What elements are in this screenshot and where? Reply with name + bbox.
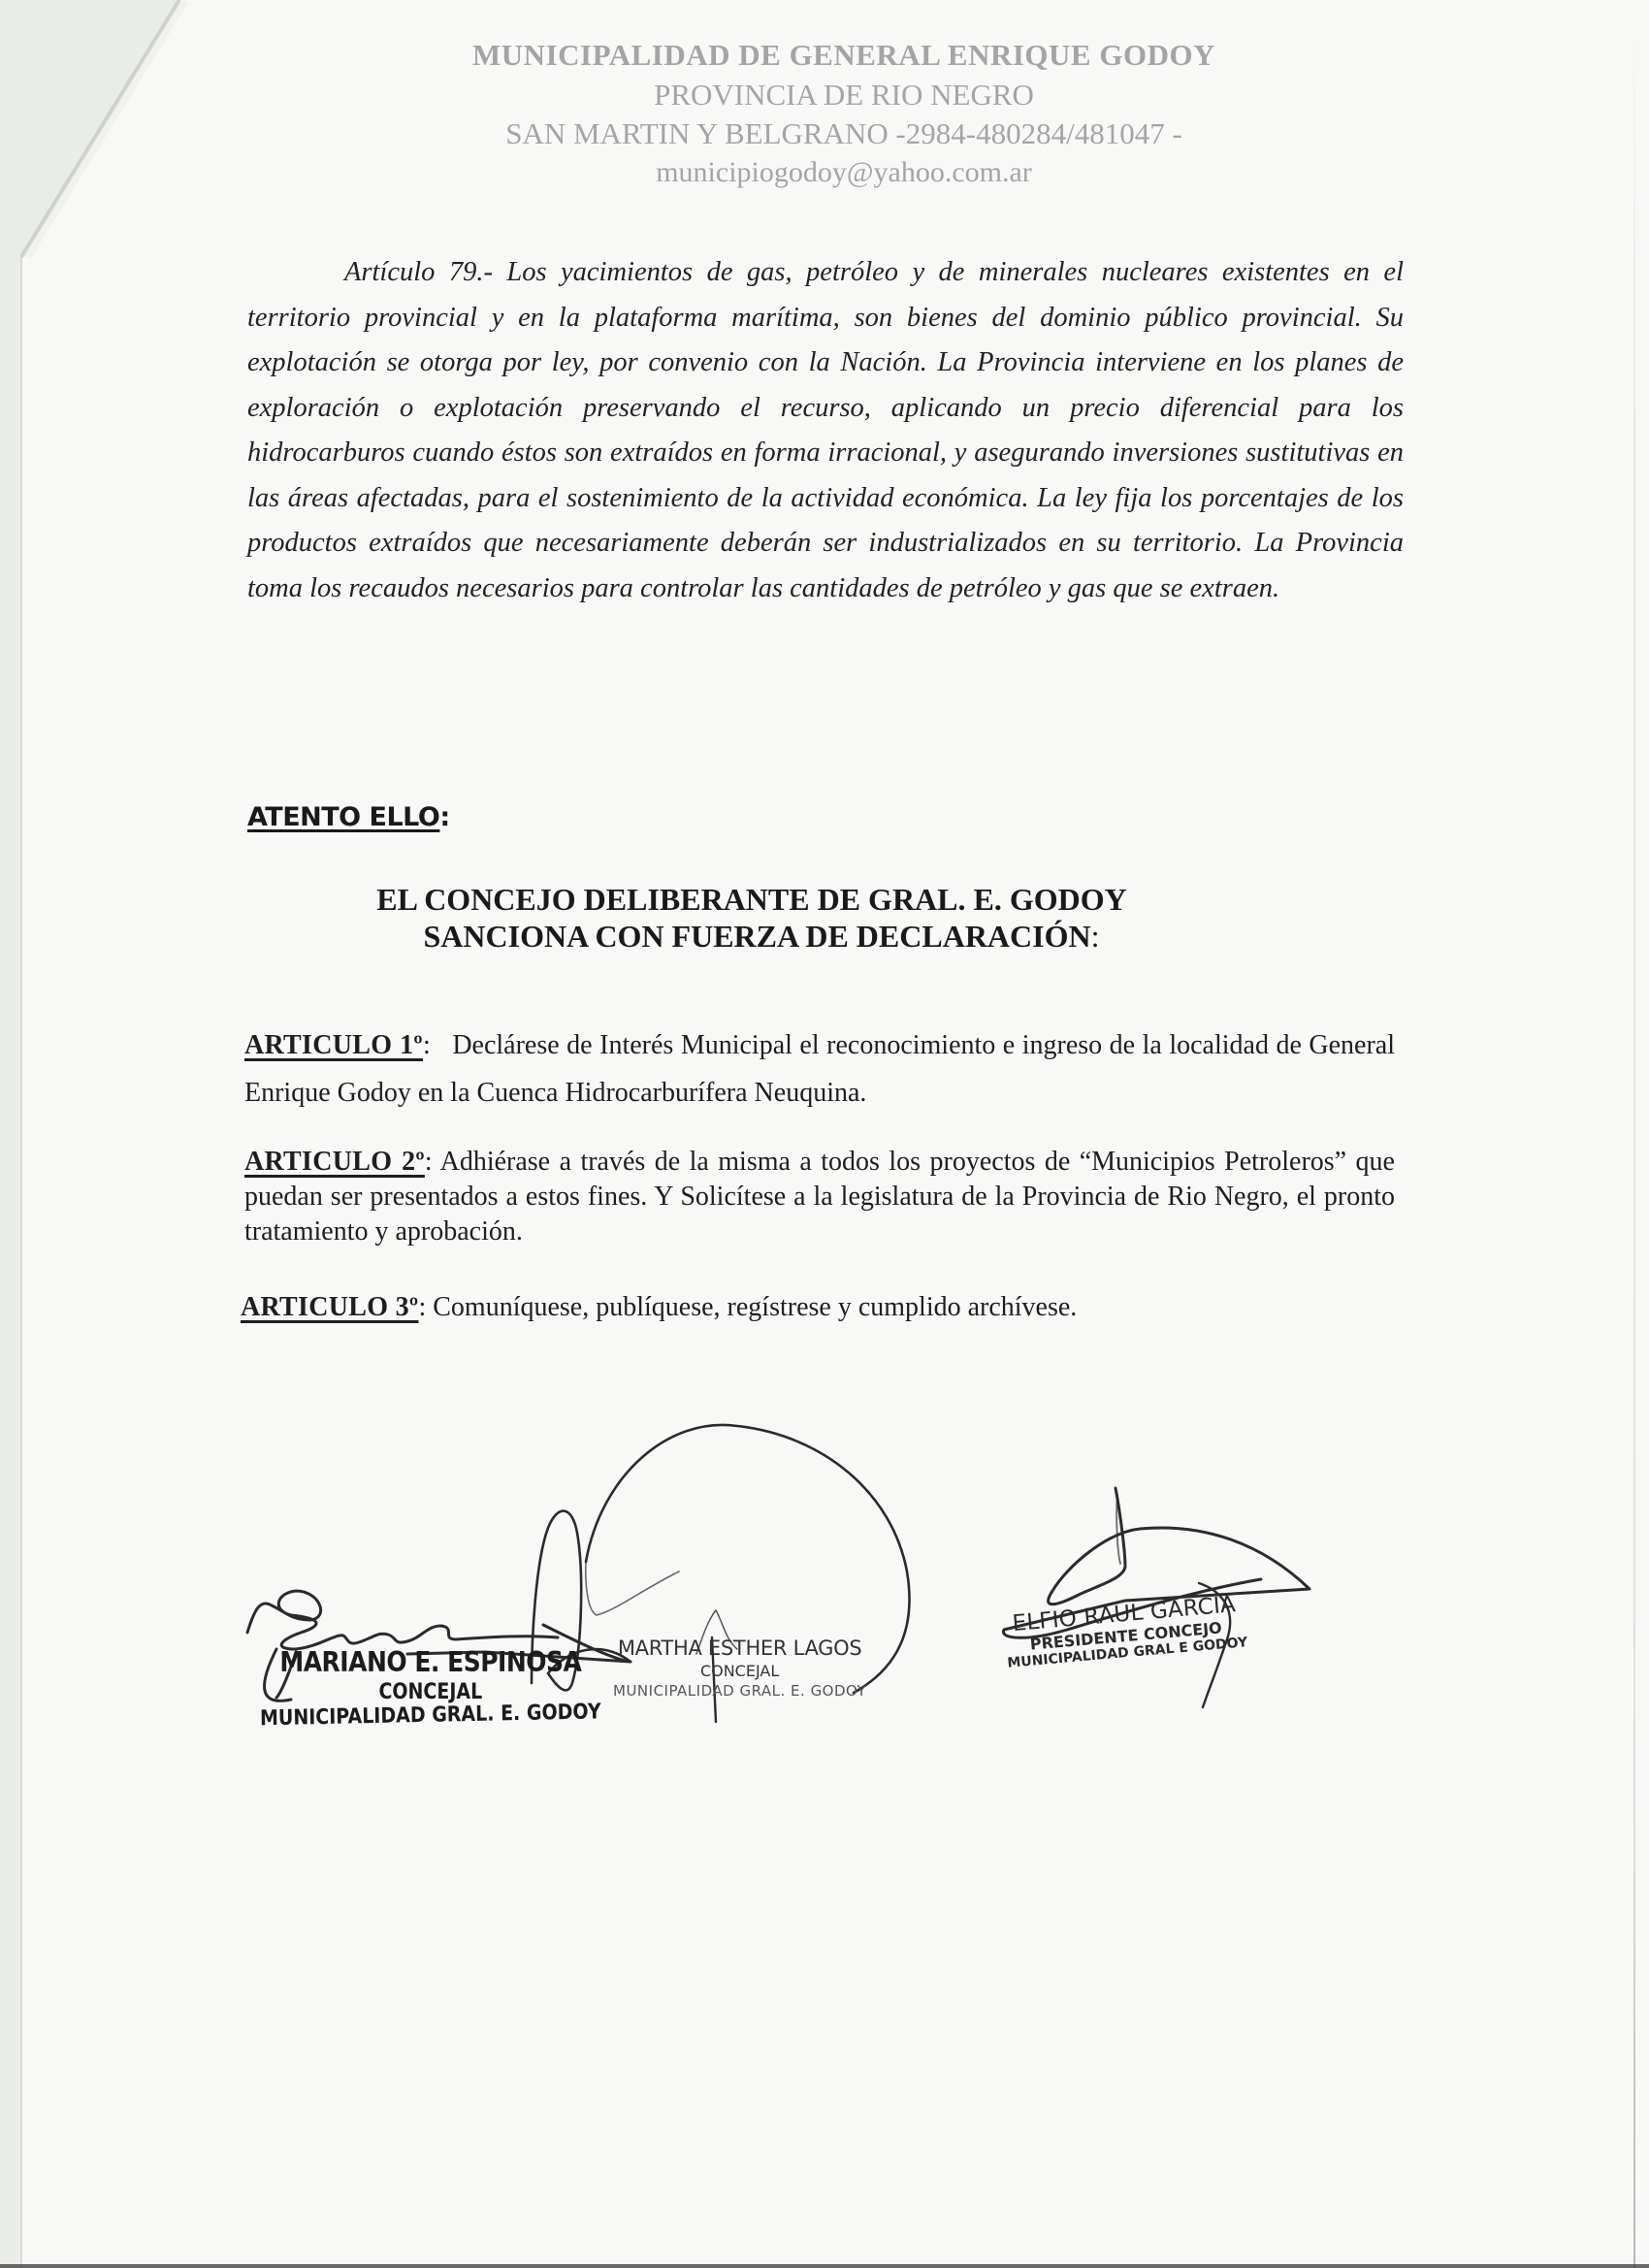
article-2: ARTICULO 2º: Adhiérase a través de la mi… <box>244 1145 1395 1249</box>
letterhead-address: SAN MARTIN Y BELGRANO -2984-480284/48104… <box>39 114 1649 153</box>
article-3-text: Comuníquese, publíquese, regístrese y cu… <box>433 1292 1077 1322</box>
signatory-name: MARTHA ESTHER LAGOS <box>613 1637 866 1660</box>
resolution-title-line2-text: SANCIONA CON FUERZA DE DECLARACIÓN <box>424 919 1091 954</box>
resolution-title-line2: SANCIONA CON FUERZA DE DECLARACIÓN: <box>0 918 1649 955</box>
quoted-article-79: Artículo 79.- Los yacimientos de gas, pe… <box>247 250 1404 611</box>
signatory-name: MARIANO E. ESPINOSA <box>260 1647 601 1678</box>
article-1-separator: : <box>423 1030 431 1060</box>
article-1: ARTICULO 1º: Declárese de Interés Munici… <box>244 1021 1395 1117</box>
atento-label: ATENTO ELLO <box>247 802 439 832</box>
signatory-stamp: MARIANO E. ESPINOSA CONCEJAL MUNICIPALID… <box>260 1649 601 1726</box>
signatory-organization: MUNICIPALIDAD GRAL. E. GODOY <box>613 1683 866 1700</box>
atento-colon: : <box>439 802 449 832</box>
letterhead-email: municipiogodoy@yahoo.com.ar <box>39 153 1649 192</box>
atento-ello-heading: ATENTO ELLO: <box>247 802 450 832</box>
signatory-role: CONCEJAL <box>613 1663 866 1680</box>
resolution-title: EL CONCEJO DELIBERANTE DE GRAL. E. GODOY… <box>0 881 1649 955</box>
article-1-label: ARTICULO 1º <box>244 1030 423 1060</box>
resolution-title-line1: EL CONCEJO DELIBERANTE DE GRAL. E. GODOY <box>0 881 1649 918</box>
resolution-title-colon: : <box>1091 919 1100 954</box>
quoted-article-text: Artículo 79.- Los yacimientos de gas, pe… <box>247 257 1404 603</box>
page-edge <box>1633 0 1635 2268</box>
signatory-stamp: MARTHA ESTHER LAGOS CONCEJAL MUNICIPALID… <box>613 1637 866 1699</box>
letterhead-title: MUNICIPALIDAD DE GENERAL ENRIQUE GODOY <box>39 35 1649 76</box>
letterhead: MUNICIPALIDAD DE GENERAL ENRIQUE GODOY P… <box>0 35 1649 192</box>
article-3: ARTICULO 3º: Comuníquese, publíquese, re… <box>241 1290 1391 1325</box>
article-2-separator: : <box>425 1147 433 1177</box>
scan-border <box>0 2264 1649 2268</box>
article-2-label: ARTICULO 2º <box>244 1147 425 1177</box>
article-3-label: ARTICULO 3º <box>241 1292 418 1322</box>
letterhead-province: PROVINCIA DE RIO NEGRO <box>39 76 1649 114</box>
article-3-separator: : <box>418 1292 426 1322</box>
